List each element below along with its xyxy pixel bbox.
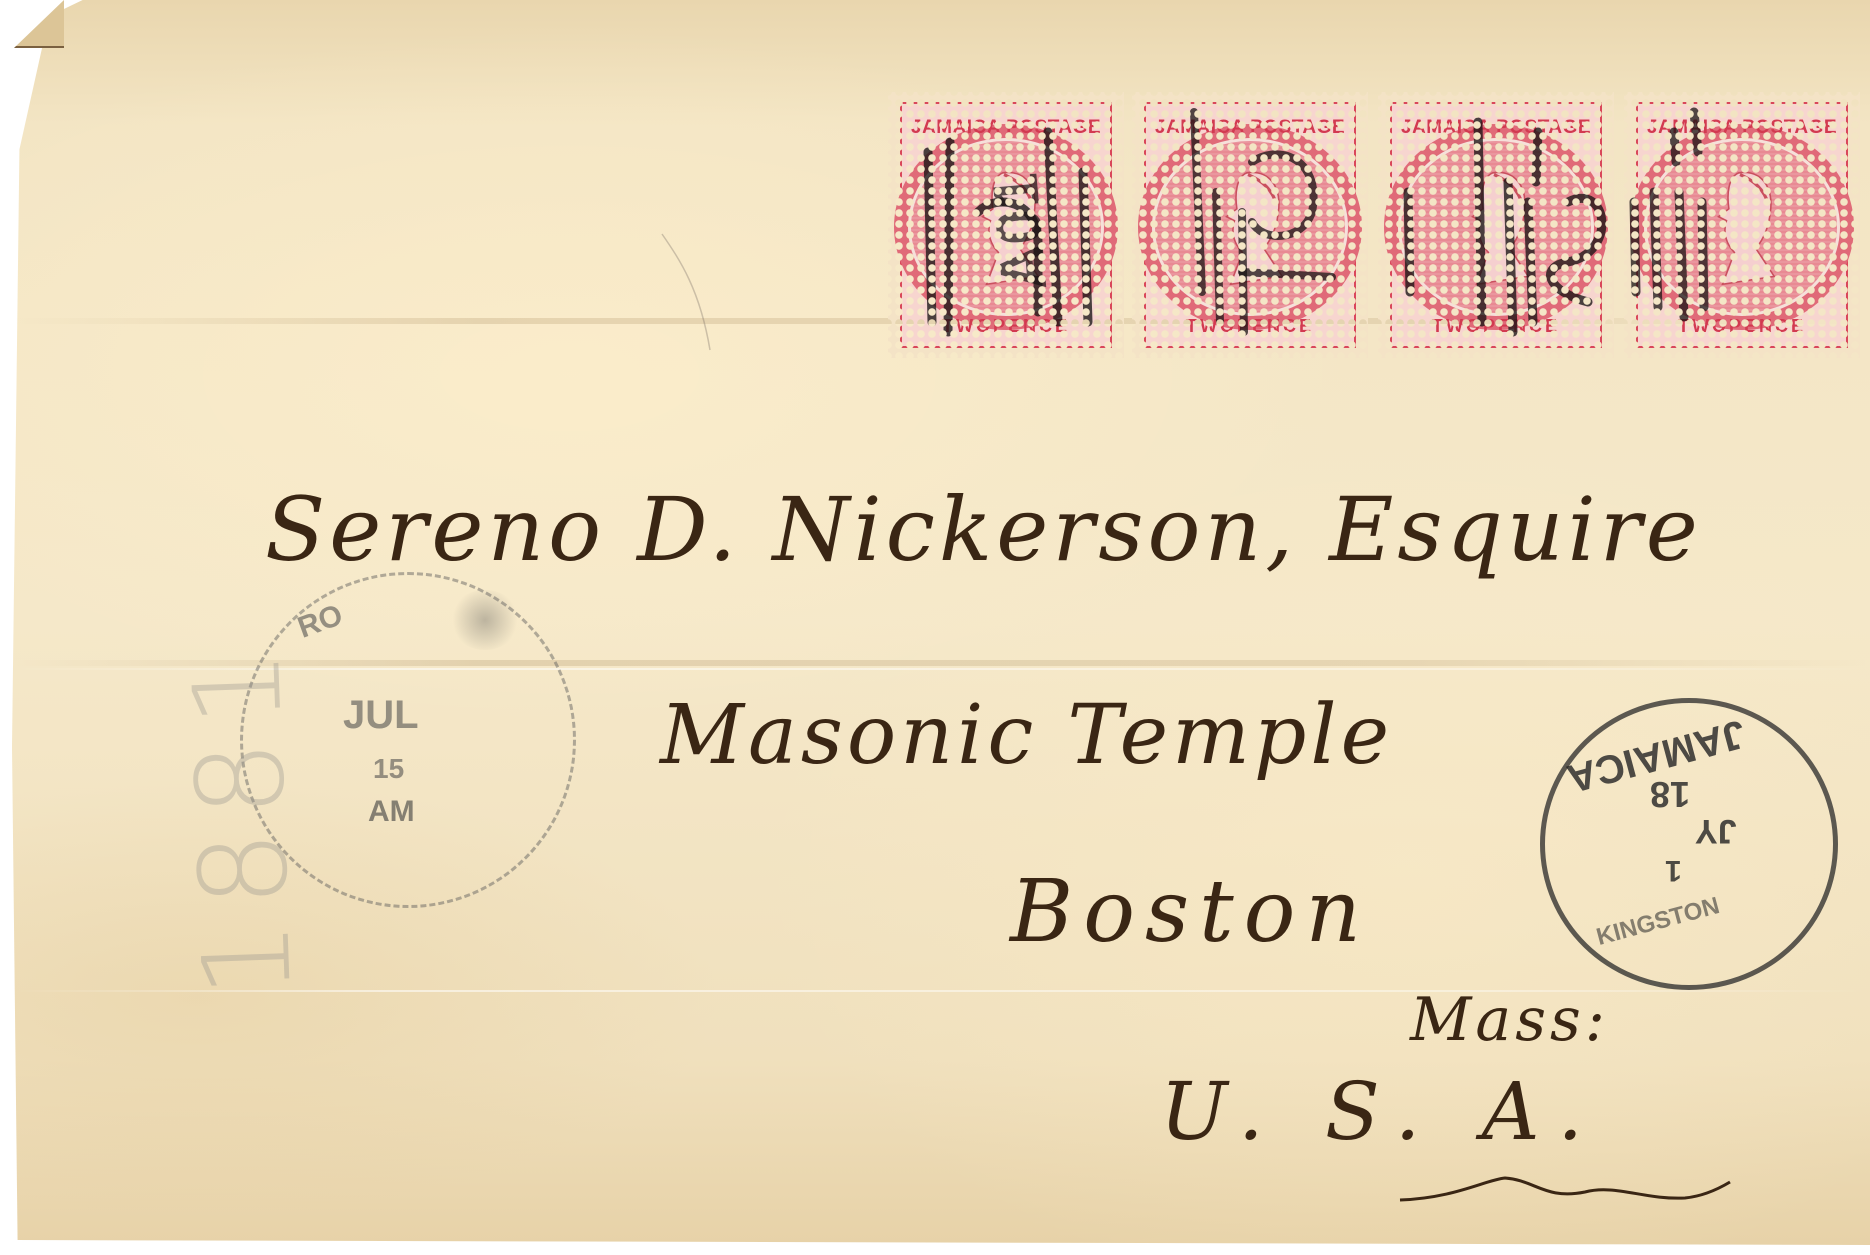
address-line-name: Sereno D. Nickerson, Esquire (265, 478, 1702, 581)
postmark-left-day: 15 (373, 753, 404, 785)
ink-smudge (450, 590, 520, 650)
postmark-left-bottom: AM (368, 795, 415, 829)
folded-corner (14, 0, 64, 48)
stamp: JAMAICA POSTAGE TWOPENCE (1378, 92, 1614, 358)
stamp-top-label: JAMAICA POSTAGE (1392, 104, 1600, 144)
stamp-bottom-label: TWOPENCE (1638, 310, 1846, 346)
stamp: JAMAICA POSTAGE TWOPENCE (1624, 92, 1860, 358)
stamp: JAMAICA POSTAGE TWOPENCE A01 (888, 92, 1124, 358)
address-line-state: Mass: (1410, 985, 1609, 1055)
postmark-right-month: JY (1695, 811, 1737, 850)
stamp-bottom-label: TWOPENCE (1392, 310, 1600, 346)
stamp-strip: JAMAICA POSTAGE TWOPENCE A01 JAMAICA POS… (888, 92, 1870, 358)
address-line-building: Masonic Temple (660, 688, 1393, 783)
address-line-country: U. S. A. (1160, 1065, 1601, 1158)
postmark-left-month: JUL (343, 693, 419, 738)
queen-victoria-portrait (908, 138, 1104, 316)
stamp-top-label: JAMAICA POSTAGE (1146, 104, 1354, 144)
queen-victoria-portrait (1152, 138, 1348, 316)
stamp-top-label: JAMAICA POSTAGE (1638, 104, 1846, 144)
stamp-top-label: JAMAICA POSTAGE (902, 104, 1110, 144)
stamp-bottom-label: TWOPENCE (902, 310, 1110, 346)
queen-victoria-portrait (1644, 138, 1840, 316)
postmark-right-year: 18 (1650, 773, 1690, 815)
postmark-right-bottom: KINGSTON (1594, 892, 1723, 952)
underline-flourish (1395, 1170, 1735, 1210)
stamp-bottom-label: TWOPENCE (1146, 310, 1354, 346)
stray-pencil-mark (660, 230, 720, 360)
address-line-city: Boston (1010, 862, 1371, 962)
postmark-right-day: 1 (1665, 853, 1682, 887)
postmark-right: JAMAICA 18 JY 1 KINGSTON (1540, 698, 1838, 990)
pencil-notation: 1881 (167, 634, 319, 1000)
stamp: JAMAICA POSTAGE TWOPENCE (1132, 92, 1368, 358)
queen-victoria-portrait (1398, 138, 1594, 316)
